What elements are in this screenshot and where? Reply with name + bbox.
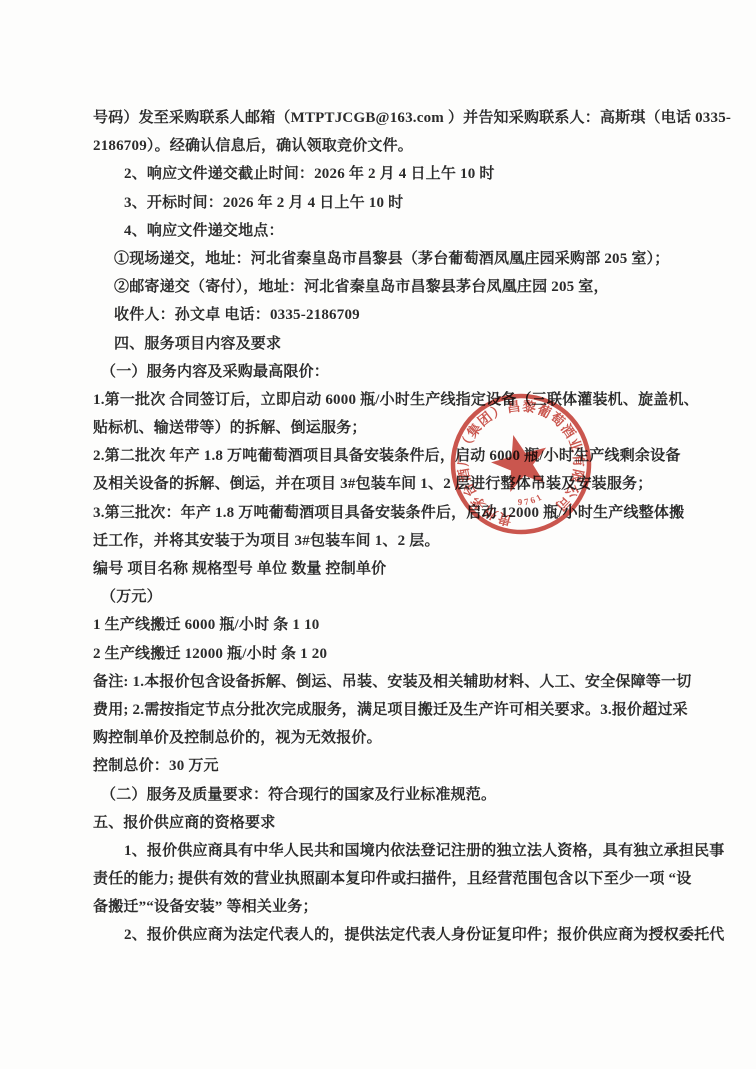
- document-page: 号码）发至采购联系人邮箱（MTPTJCGB@163.com ）并告知采购联系人：…: [0, 0, 756, 1069]
- doc-line: 备搬迁”“设备安装” 等相关业务；: [93, 893, 678, 921]
- doc-line: 1.第一批次 合同签订后，立即启动 6000 瓶/小时生产线指定设备（三联体灌装…: [93, 386, 678, 414]
- doc-line: 编号 项目名称 规格型号 单位 数量 控制单价: [93, 555, 678, 583]
- doc-line: （二）服务及质量要求：符合现行的国家及行业标准规范。: [93, 781, 678, 809]
- doc-line: 责任的能力; 提供有效的营业执照副本复印件或扫描件，且经营范围包含以下至少一项 …: [93, 865, 678, 893]
- doc-line: 2 生产线搬迁 12000 瓶/小时 条 1 20: [93, 640, 678, 668]
- doc-line: 收件人：孙文卓 电话：0335-2186709: [93, 301, 678, 329]
- doc-line: ②邮寄递交（寄付），地址：河北省秦皇岛市昌黎县茅台凤凰庄园 205 室，: [93, 273, 678, 301]
- doc-line: 2、报价供应商为法定代表人的，提供法定代表人身份证复印件；报价供应商为授权委托代: [93, 921, 678, 949]
- doc-line: ①现场递交，地址：河北省秦皇岛市昌黎县（茅台葡萄酒凤凰庄园采购部 205 室）；: [93, 245, 678, 273]
- doc-line: 1 生产线搬迁 6000 瓶/小时 条 1 10: [93, 611, 678, 639]
- document-text-block: 号码）发至采购联系人邮箱（MTPTJCGB@163.com ）并告知采购联系人：…: [93, 104, 678, 950]
- doc-line: 五、报价供应商的资格要求: [93, 809, 678, 837]
- doc-line: 4、响应文件递交地点：: [93, 217, 678, 245]
- doc-line: 3、开标时间：2026 年 2 月 4 日上午 10 时: [93, 189, 678, 217]
- doc-line: 购控制单价及控制总价的，视为无效报价。: [93, 724, 678, 752]
- doc-line: 号码）发至采购联系人邮箱（MTPTJCGB@163.com ）并告知采购联系人：…: [93, 104, 678, 132]
- doc-line: 备注: 1.本报价包含设备拆解、倒运、吊装、安装及相关辅助材料、人工、安全保障等…: [93, 668, 678, 696]
- doc-line: 及相关设备的拆解、倒运，并在项目 3#包装车间 1、2 层进行整体吊装及安装服务…: [93, 470, 678, 498]
- doc-line: 贴标机、输送带等）的拆解、倒运服务；: [93, 414, 678, 442]
- doc-line: 迁工作，并将其安装于为项目 3#包装车间 1、2 层。: [93, 527, 678, 555]
- doc-line: 1、报价供应商具有中华人民共和国境内依法登记注册的独立法人资格，具有独立承担民事: [93, 837, 678, 865]
- doc-line: 2、响应文件递交截止时间：2026 年 2 月 4 日上午 10 时: [93, 160, 678, 188]
- doc-line: 3.第三批次：年产 1.8 万吨葡萄酒项目具备安装条件后，启动 12000 瓶/…: [93, 499, 678, 527]
- doc-line: 四、服务项目内容及要求: [93, 330, 678, 358]
- doc-line: （一）服务内容及采购最高限价：: [93, 358, 678, 386]
- doc-line: 2186709）。经确认信息后，确认领取竞价文件。: [93, 132, 678, 160]
- doc-line: （万元）: [93, 583, 678, 611]
- doc-line: 控制总价：30 万元: [93, 752, 678, 780]
- doc-line: 2.第二批次 年产 1.8 万吨葡萄酒项目具备安装条件后，启动 6000 瓶/小…: [93, 442, 678, 470]
- doc-line: 费用; 2.需按指定节点分批次完成服务，满足项目搬迁及生产许可相关要求。3.报价…: [93, 696, 678, 724]
